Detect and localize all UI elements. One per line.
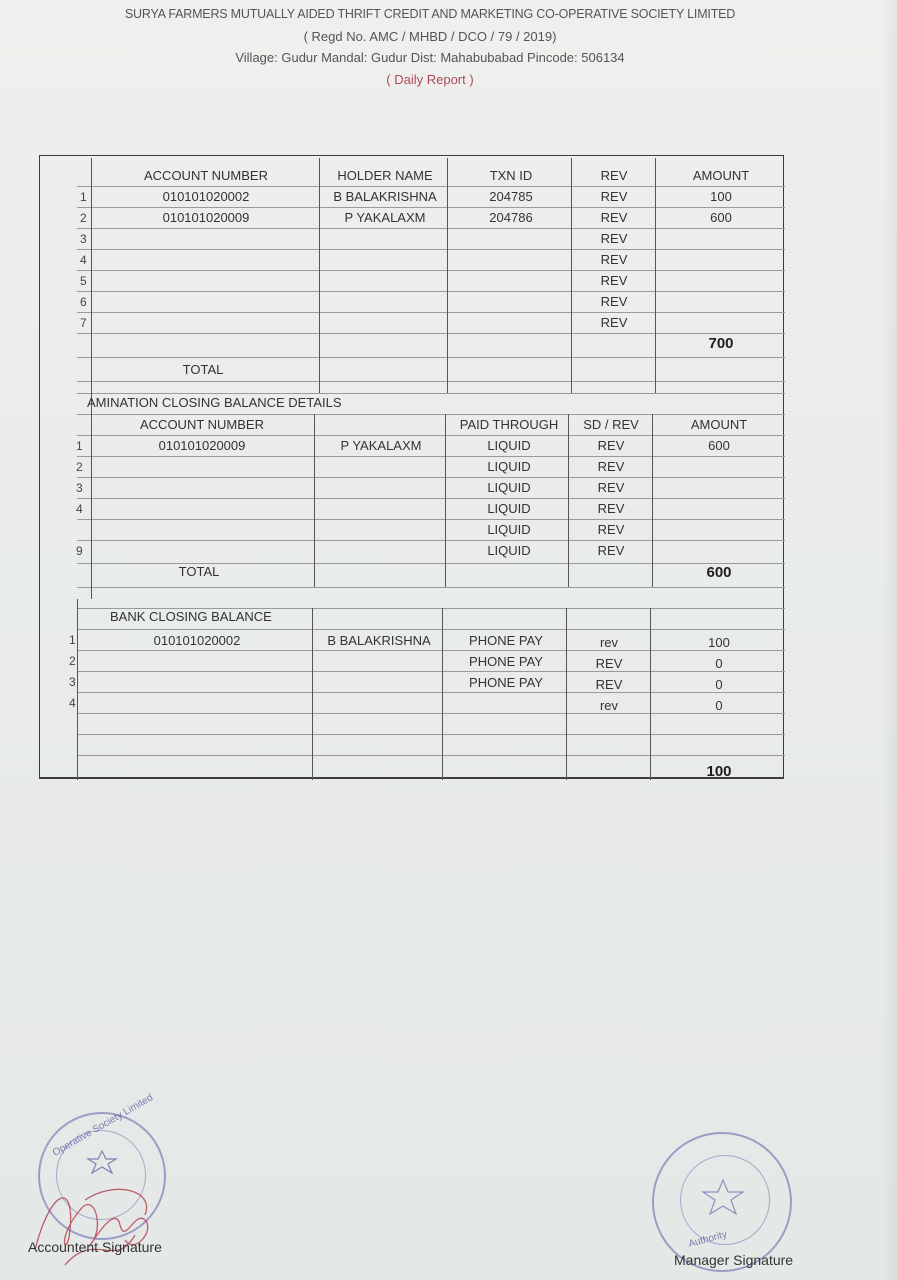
paid-through: LIQUID (487, 501, 530, 516)
row-divider (77, 692, 785, 693)
column-header: AMOUNT (693, 168, 749, 183)
row-number: 5 (80, 274, 87, 288)
row-number: 7 (80, 316, 87, 330)
amount: 0 (715, 698, 722, 713)
row-divider (77, 734, 785, 735)
amount: 100 (710, 189, 732, 204)
report-type: ( Daily Report ) (0, 69, 860, 91)
report-table: ACCOUNT NUMBERHOLDER NAMETXN IDREVAMOUNT… (39, 155, 784, 779)
report-header: SURYA FARMERS MUTUALLY AIDED THRIFT CRED… (0, 4, 860, 90)
column-header: ACCOUNT NUMBER (140, 417, 264, 432)
bank-section-title: BANK CLOSING BALANCE (110, 609, 272, 624)
bank-total-amount: 100 (706, 763, 731, 780)
row-number: 3 (80, 232, 87, 246)
holder-name: B BALAKRISHNA (333, 189, 436, 204)
column-divider (650, 608, 651, 780)
txn-total-amount: 700 (708, 335, 733, 352)
column-divider (655, 158, 656, 393)
column-header: SD / REV (583, 417, 639, 432)
rev-type: REV (601, 273, 628, 288)
column-divider (91, 158, 92, 599)
row-divider (77, 477, 785, 478)
row-divider (77, 186, 785, 187)
paid-through: LIQUID (487, 459, 530, 474)
rev-type: REV (596, 656, 623, 671)
column-divider (571, 158, 572, 393)
row-number: 4 (69, 696, 76, 710)
row-divider (77, 456, 785, 457)
address-line: Village: Gudur Mandal: Gudur Dist: Mahab… (0, 47, 860, 69)
column-divider (652, 414, 653, 587)
row-number: 1 (69, 633, 76, 647)
holder-name: P YAKALAXM (345, 210, 426, 225)
accountant-signature-scribble (25, 1170, 175, 1275)
row-divider (77, 357, 785, 358)
row-divider (77, 587, 785, 588)
column-header: AMOUNT (691, 417, 747, 432)
row-divider (77, 312, 785, 313)
row-divider (77, 629, 785, 630)
sd-rev: REV (598, 459, 625, 474)
row-divider (77, 228, 785, 229)
rev-type: REV (601, 315, 628, 330)
organization-name: SURYA FARMERS MUTUALLY AIDED THRIFT CRED… (0, 4, 860, 26)
rev-type: REV (601, 294, 628, 309)
column-divider (442, 608, 443, 780)
row-divider (77, 207, 785, 208)
paid-through: PHONE PAY (469, 675, 543, 690)
amination-total-label: TOTAL (179, 564, 220, 579)
sd-rev: REV (598, 480, 625, 495)
amount: 100 (708, 635, 730, 650)
sd-rev: REV (598, 438, 625, 453)
paid-through: LIQUID (487, 522, 530, 537)
column-divider (445, 414, 446, 587)
row-divider (77, 540, 785, 541)
row-number: 9 (76, 544, 83, 558)
column-header: ACCOUNT NUMBER (144, 168, 268, 183)
column-divider (447, 158, 448, 393)
rev-type: REV (601, 210, 628, 225)
holder-name: P YAKALAXM (341, 438, 422, 453)
account-number: 010101020002 (163, 189, 250, 204)
row-divider (77, 713, 785, 714)
row-divider (77, 333, 785, 334)
account-number: 010101020009 (159, 438, 246, 453)
row-divider (77, 671, 785, 672)
row-number: 1 (76, 439, 83, 453)
sd-rev: REV (598, 543, 625, 558)
accountant-signature-label: Accountent Signature (28, 1239, 162, 1255)
row-number: 3 (69, 675, 76, 689)
txn-id: 204786 (489, 210, 532, 225)
account-number: 010101020009 (163, 210, 250, 225)
column-header: PAID THROUGH (460, 417, 558, 432)
row-divider (77, 249, 785, 250)
column-header: REV (601, 168, 628, 183)
column-divider (568, 414, 569, 587)
amount: 0 (715, 656, 722, 671)
rev-type: REV (601, 252, 628, 267)
registration-number: ( Regd No. AMC / MHBD / DCO / 79 / 2019) (0, 26, 860, 48)
row-number: 6 (80, 295, 87, 309)
row-divider (77, 498, 785, 499)
row-divider (77, 755, 785, 756)
column-divider (312, 608, 313, 780)
row-divider (77, 393, 785, 394)
paid-through: LIQUID (487, 438, 530, 453)
rev-type: rev (600, 698, 618, 713)
amount: 600 (708, 438, 730, 453)
row-divider (77, 381, 785, 382)
amount: 600 (710, 210, 732, 225)
rev-type: rev (600, 635, 618, 650)
row-number: 1 (80, 190, 87, 204)
row-number: 2 (69, 654, 76, 668)
paid-through: PHONE PAY (469, 633, 543, 648)
row-number: 4 (80, 253, 87, 267)
holder-name: B BALAKRISHNA (327, 633, 430, 648)
column-header: HOLDER NAME (337, 168, 432, 183)
row-divider (77, 435, 785, 436)
rev-type: REV (601, 189, 628, 204)
row-number: 4 (76, 502, 83, 516)
rev-type: REV (596, 677, 623, 692)
amination-total-amount: 600 (706, 564, 731, 581)
paid-through: PHONE PAY (469, 654, 543, 669)
txn-id: 204785 (489, 189, 532, 204)
manager-signature-label: Manager Signature (674, 1252, 793, 1268)
row-divider (77, 650, 785, 651)
column-divider (77, 599, 78, 780)
paper-edge-shadow (883, 0, 897, 1280)
row-number: 2 (80, 211, 87, 225)
paid-through: LIQUID (487, 543, 530, 558)
column-divider (314, 414, 315, 587)
column-divider (566, 608, 567, 780)
column-divider (319, 158, 320, 393)
row-number: 2 (76, 460, 83, 474)
star-emblem-icon (698, 1178, 748, 1218)
amination-section-title: AMINATION CLOSING BALANCE DETAILS (87, 395, 342, 410)
column-header: TXN ID (490, 168, 533, 183)
row-divider (77, 414, 785, 415)
sd-rev: REV (598, 501, 625, 516)
account-number: 010101020002 (154, 633, 241, 648)
paid-through: LIQUID (487, 480, 530, 495)
txn-total-label: TOTAL (183, 362, 224, 377)
rev-type: REV (601, 231, 628, 246)
row-number: 3 (76, 481, 83, 495)
amount: 0 (715, 677, 722, 692)
sd-rev: REV (598, 522, 625, 537)
row-divider (77, 291, 785, 292)
row-divider (77, 270, 785, 271)
row-divider (77, 519, 785, 520)
